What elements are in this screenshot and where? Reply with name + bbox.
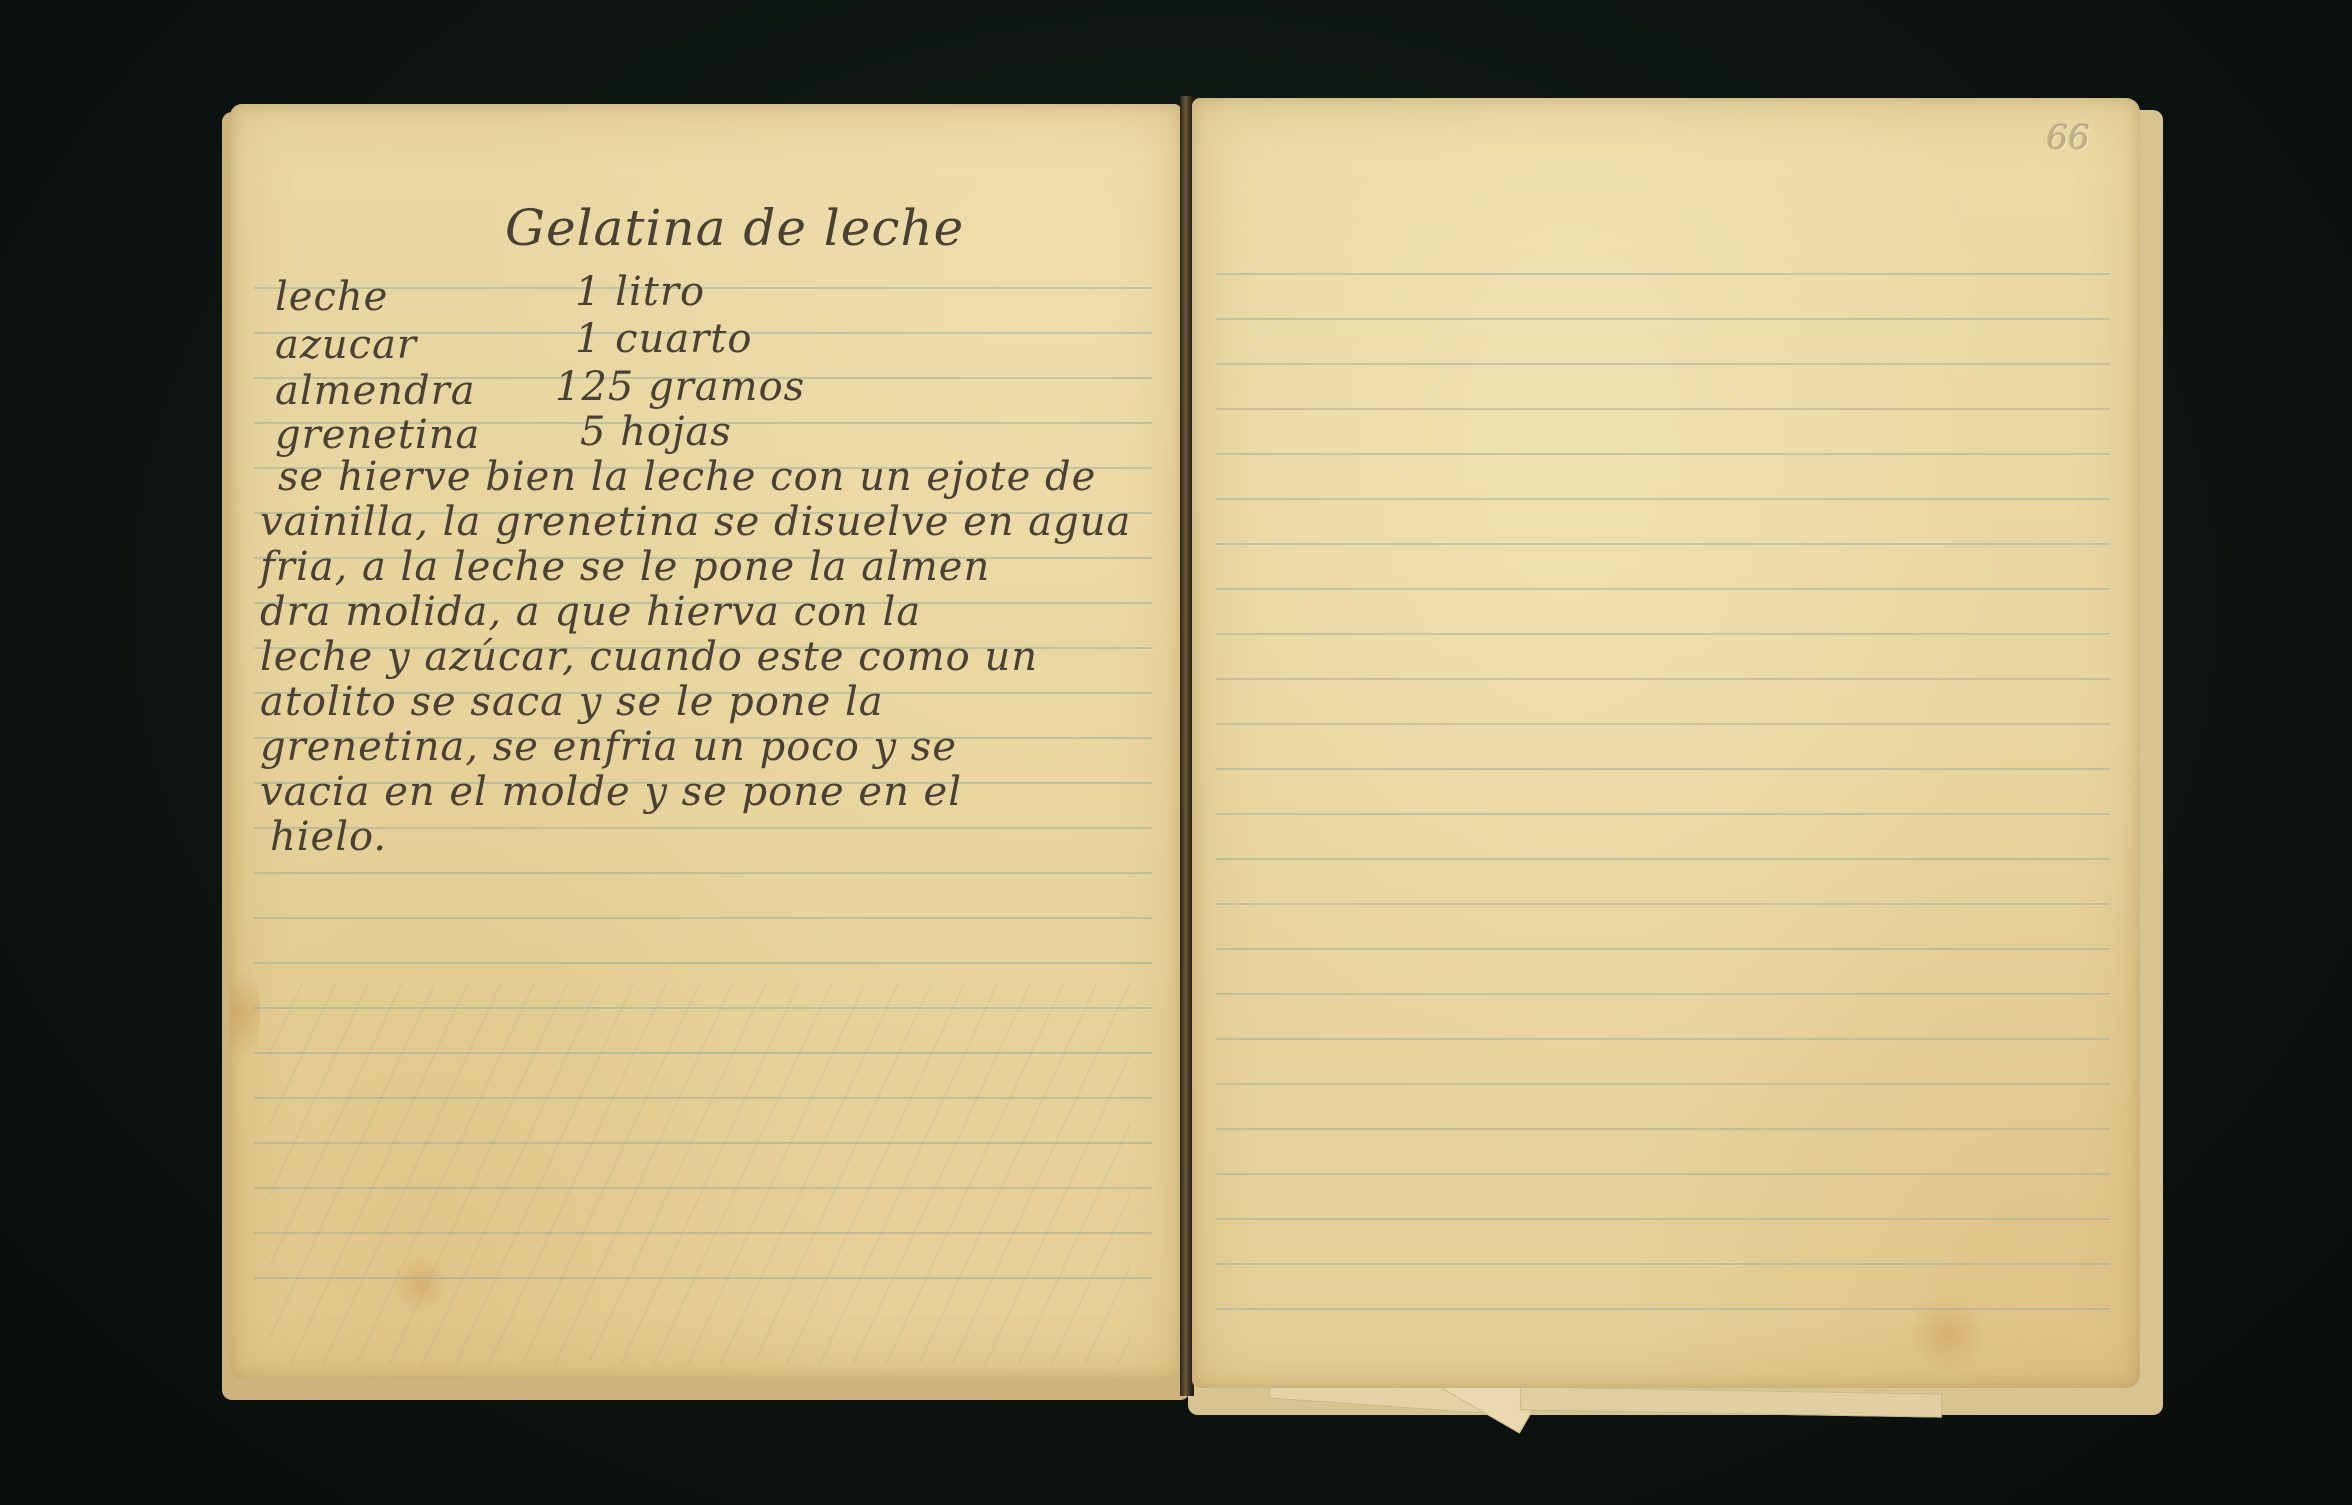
ingredient-quantity: 5 hojas	[580, 409, 732, 455]
bleed-through-text	[270, 984, 1130, 1364]
instruction-line: atolito se saca y se le pone la	[260, 679, 884, 725]
notebook-spread: Gelatina de leche leche 1 litro azucar 1…	[0, 0, 2352, 1505]
instruction-line: fria, a la leche se le pone la almen	[260, 544, 990, 590]
ingredient-name: grenetina	[275, 412, 480, 458]
instruction-line: vainilla, la grenetina se disuelve en ag…	[260, 499, 1131, 545]
instruction-line: leche y azúcar, cuando este como un	[260, 634, 1038, 680]
ingredient-quantity: 1 cuarto	[575, 316, 752, 362]
instruction-line: grenetina, se enfria un poco y se	[260, 724, 957, 770]
right-page: 66	[1192, 98, 2140, 1388]
left-page: Gelatina de leche leche 1 litro azucar 1…	[230, 104, 1182, 1379]
ingredient-name: leche	[275, 274, 388, 320]
ruled-lines	[1216, 230, 2110, 1328]
instruction-line: vacia en el molde y se pone en el	[260, 769, 962, 815]
ingredient-quantity: 1 litro	[575, 269, 705, 315]
stain	[1912, 1288, 1982, 1378]
ingredient-quantity: 125 gramos	[555, 364, 805, 410]
page-number: 66	[2047, 118, 2090, 158]
recipe-title: Gelatina de leche	[505, 199, 964, 257]
instruction-line: hielo.	[270, 814, 387, 860]
instruction-line: dra molida, a que hierva con la	[260, 589, 921, 635]
stain	[390, 1254, 450, 1314]
instruction-line: se hierve bien la leche con un ejote de	[278, 454, 1096, 500]
ingredient-name: almendra	[275, 368, 476, 414]
ingredient-name: azucar	[275, 322, 417, 368]
